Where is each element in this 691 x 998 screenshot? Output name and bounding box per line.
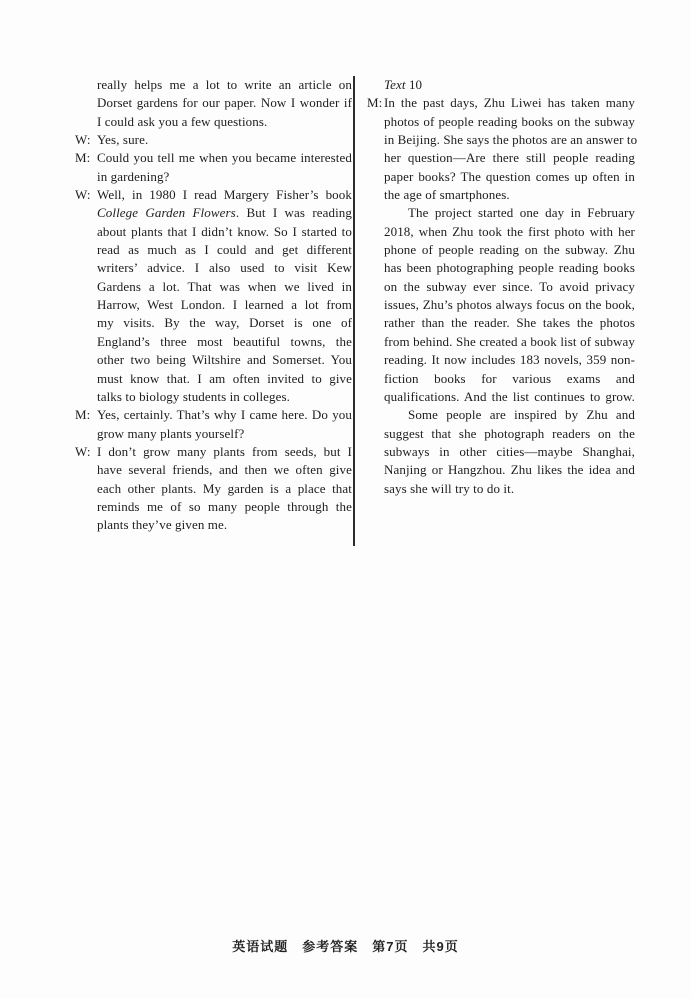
footer-part: 共9页 <box>423 936 459 955</box>
text-line: The project started one day in February <box>384 204 635 222</box>
footer-part: 第7页 <box>372 936 408 955</box>
text-line: fiction books for various exams and <box>384 370 635 388</box>
speaker-label: M: <box>75 149 90 167</box>
text-segment: her question—Are there still people read… <box>384 150 635 165</box>
text-segment: I don’t grow many plants from seeds, but… <box>97 444 352 459</box>
text-segment: in gardening? <box>97 169 169 184</box>
text-line: Yes, sure. <box>97 131 352 149</box>
text-line: subways in other cities—maybe Shanghai, <box>384 443 635 461</box>
text-line: Nanjing or Hangzhou. Zhu likes the idea … <box>384 461 635 479</box>
text-line: have several friends, and then we often … <box>97 461 352 479</box>
text-line: Text 10 <box>384 76 635 94</box>
paragraph-block: really helps me a lot to write an articl… <box>75 76 352 131</box>
text-line: 2018, when Zhu took the first photo with… <box>384 223 635 241</box>
text-segment: on the subway ever since. To avoid priva… <box>384 279 635 294</box>
left-column: really helps me a lot to write an articl… <box>75 76 352 535</box>
text-segment: the age of smartphones. <box>384 187 510 202</box>
dialogue-block: W:I don’t grow many plants from seeds, b… <box>75 443 352 535</box>
text-line: College Garden Flowers. But I was readin… <box>97 204 352 222</box>
text-segment: says she will try to do it. <box>384 481 514 496</box>
document-page: really helps me a lot to write an articl… <box>0 0 691 998</box>
text-segment: my visits. By the way, Dorset is one of <box>97 315 352 330</box>
text-segment: England’s three most beautiful towns, th… <box>97 334 352 349</box>
text-segment: reading. It now includes 183 novels, 359… <box>384 352 635 367</box>
text-line: reading. It now includes 183 novels, 359… <box>384 351 635 369</box>
footer-part: 英语试题 <box>232 936 288 955</box>
speaker-label: M: <box>75 406 90 424</box>
text-segment: have several friends, and then we often … <box>97 462 352 477</box>
text-line: in gardening? <box>97 168 352 186</box>
text-line: talks to biology students in colleges. <box>97 388 352 406</box>
text-segment: Some people are inspired by Zhu and <box>408 407 635 422</box>
footer-part: 参考答案 <box>302 936 358 955</box>
text-segment: Dorset gardens for our paper. Now I wond… <box>97 95 352 110</box>
text-segment: Well, in 1980 I read Margery Fisher’s bo… <box>97 187 352 202</box>
text-line: In the past days, Zhu Liwei has taken ma… <box>384 94 635 112</box>
speaker-label: W: <box>75 131 91 149</box>
italic-text: Text <box>384 77 406 92</box>
text-segment: talks to biology students in colleges. <box>97 389 290 404</box>
text-segment: read as much as I could and get differen… <box>97 242 352 257</box>
text-segment: Gardens a lot. That was when we lived in <box>97 279 352 294</box>
text-line: has been photographing people reading bo… <box>384 259 635 277</box>
dialogue-block: M:In the past days, Zhu Liwei has taken … <box>367 94 635 204</box>
text-line: grow many plants yourself? <box>97 425 352 443</box>
text-line: Dorset gardens for our paper. Now I wond… <box>97 94 352 112</box>
italic-text: College Garden Flowers <box>97 205 236 220</box>
dialogue-block: W:Yes, sure. <box>75 131 352 149</box>
text-line: suggest that she photograph readers on t… <box>384 425 635 443</box>
text-line: I don’t grow many plants from seeds, but… <box>97 443 352 461</box>
text-line: I could ask you a few questions. <box>97 113 352 131</box>
text-line: writers’ advice. I also used to visit Ke… <box>97 259 352 277</box>
text-line: Gardens a lot. That was when we lived in <box>97 278 352 296</box>
text-line: Some people are inspired by Zhu and <box>384 406 635 424</box>
text-line: the age of smartphones. <box>384 186 635 204</box>
text-line: reminds me of so many people through the <box>97 498 352 516</box>
text-segment: reminds me of so many people through the <box>97 499 352 514</box>
text-segment: in Beijing. She says the photos are an a… <box>384 132 637 147</box>
paragraph-block: The project started one day in February2… <box>367 204 635 406</box>
text-segment: other two being Wiltshire and Somerset. … <box>97 352 352 367</box>
speaker-label: W: <box>75 443 91 461</box>
text-line: really helps me a lot to write an articl… <box>97 76 352 94</box>
text-segment: must know that. I am often invited to gi… <box>97 371 352 386</box>
text-segment: Nanjing or Hangzhou. Zhu likes the idea … <box>384 462 635 477</box>
text-line: paper books? The question comes up often… <box>384 168 635 186</box>
text-line: plants they’ve given me. <box>97 516 352 534</box>
text-line: each other plants. My garden is a place … <box>97 480 352 498</box>
text-segment: qualifications. And the list continues t… <box>384 389 635 404</box>
text-segment: from behind. She created a book list of … <box>384 334 635 349</box>
column-divider <box>353 76 355 546</box>
text-segment: Yes, certainly. That’s why I came here. … <box>97 407 352 422</box>
text-line: from behind. She created a book list of … <box>384 333 635 351</box>
text-segment: I could ask you a few questions. <box>97 114 267 129</box>
right-column: Text 10M:In the past days, Zhu Liwei has… <box>367 76 635 498</box>
speaker-label: M: <box>367 94 382 112</box>
text-segment: plants they’ve given me. <box>97 517 227 532</box>
text-line: phone of people reading on the subway. Z… <box>384 241 635 259</box>
text-segment: . But I was reading <box>236 205 352 220</box>
text-line: Harrow, West London. I learned a lot fro… <box>97 296 352 314</box>
text-line: photos of people reading books on the su… <box>384 113 635 131</box>
text-segment: 10 <box>406 77 423 92</box>
text-segment: writers’ advice. I also used to visit Ke… <box>97 260 352 275</box>
text-heading: Text 10 <box>367 76 635 94</box>
text-line: issues, Zhu’s photos always focus on the… <box>384 296 635 314</box>
text-line: qualifications. And the list continues t… <box>384 388 635 406</box>
dialogue-block: W:Well, in 1980 I read Margery Fisher’s … <box>75 186 352 406</box>
text-segment: paper books? The question comes up often… <box>384 169 635 184</box>
text-line: read as much as I could and get differen… <box>97 241 352 259</box>
text-line: Yes, certainly. That’s why I came here. … <box>97 406 352 424</box>
text-line: in Beijing. She says the photos are an a… <box>384 131 635 149</box>
paragraph-block: Some people are inspired by Zhu andsugge… <box>367 406 635 498</box>
text-segment: issues, Zhu’s photos always focus on the… <box>384 297 635 312</box>
text-segment: each other plants. My garden is a place … <box>97 481 352 496</box>
dialogue-block: M:Could you tell me when you became inte… <box>75 149 352 186</box>
text-segment: Yes, sure. <box>97 132 148 147</box>
text-line: about plants that I didn’t know. So I st… <box>97 223 352 241</box>
text-line: must know that. I am often invited to gi… <box>97 370 352 388</box>
dialogue-block: M:Yes, certainly. That’s why I came here… <box>75 406 352 443</box>
text-line: on the subway ever since. To avoid priva… <box>384 278 635 296</box>
text-segment: fiction books for various exams and <box>384 371 635 386</box>
text-line: says she will try to do it. <box>384 480 635 498</box>
text-line: England’s three most beautiful towns, th… <box>97 333 352 351</box>
text-line: other two being Wiltshire and Somerset. … <box>97 351 352 369</box>
text-segment: The project started one day in February <box>408 205 635 220</box>
text-segment: rather than the reader. She takes the ph… <box>384 315 635 330</box>
text-line: Well, in 1980 I read Margery Fisher’s bo… <box>97 186 352 204</box>
page-footer: 英语试题参考答案第7页共9页 <box>0 936 691 955</box>
text-line: rather than the reader. She takes the ph… <box>384 314 635 332</box>
text-line: her question—Are there still people read… <box>384 149 635 167</box>
text-segment: In the past days, Zhu Liwei has taken ma… <box>384 95 635 110</box>
text-line: my visits. By the way, Dorset is one of <box>97 314 352 332</box>
text-segment: about plants that I didn’t know. So I st… <box>97 224 352 239</box>
text-segment: Could you tell me when you became intere… <box>97 150 352 165</box>
text-line: Could you tell me when you became intere… <box>97 149 352 167</box>
text-segment: subways in other cities—maybe Shanghai, <box>384 444 635 459</box>
text-segment: suggest that she photograph readers on t… <box>384 426 635 441</box>
text-segment: really helps me a lot to write an articl… <box>97 77 352 92</box>
text-segment: has been photographing people reading bo… <box>384 260 635 275</box>
speaker-label: W: <box>75 186 91 204</box>
text-segment: Harrow, West London. I learned a lot fro… <box>97 297 352 312</box>
text-segment: grow many plants yourself? <box>97 426 244 441</box>
text-segment: photos of people reading books on the su… <box>384 114 635 129</box>
text-segment: phone of people reading on the subway. Z… <box>384 242 635 257</box>
text-segment: 2018, when Zhu took the first photo with… <box>384 224 635 239</box>
